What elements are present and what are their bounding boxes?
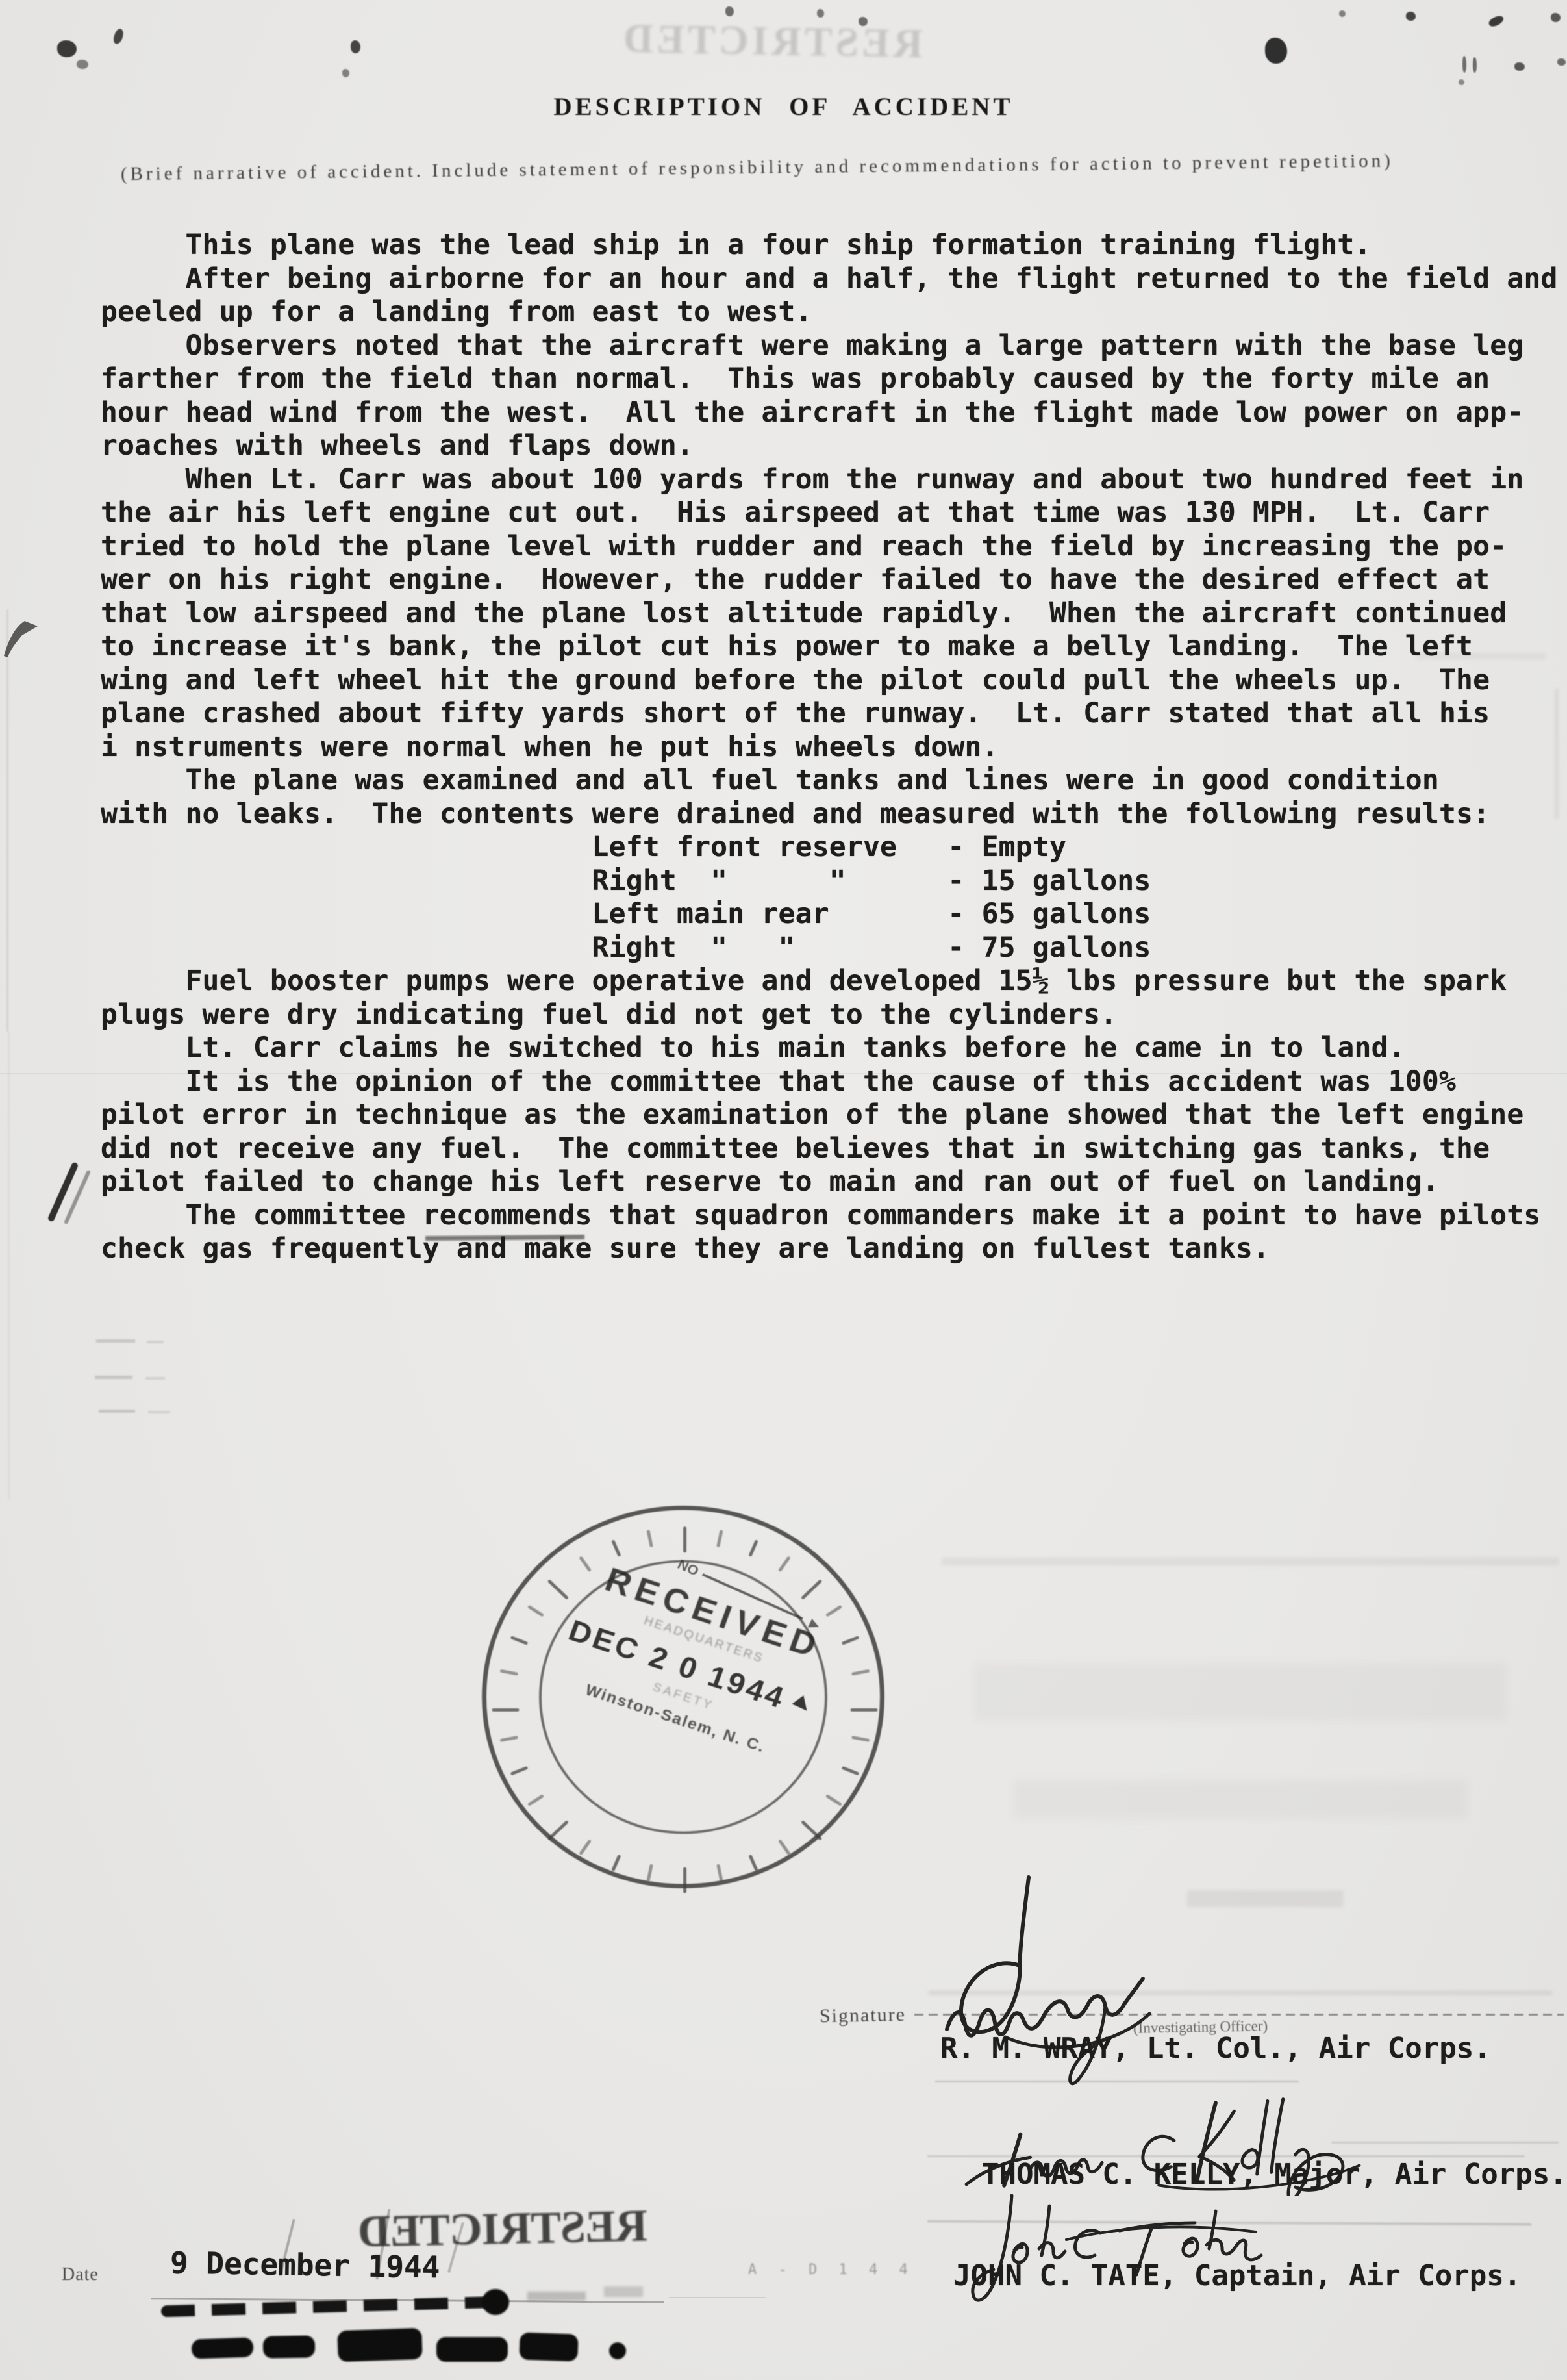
signature-label: Signature (820, 2004, 907, 2027)
form-instruction-line: (Brief narrative of accident. Include st… (121, 150, 1394, 185)
wray-handwritten-signature (908, 1869, 1207, 2103)
faint-rule-3 (927, 2155, 1525, 2157)
mirrored-restricted-header: RESTRICTED (620, 14, 923, 68)
margin-check-mark (47, 1161, 79, 1222)
date-underline-faint (669, 2297, 766, 2298)
scanned-accident-report-page: RESTRICTED DESCRIPTION OF ACCIDENT (Brie… (0, 0, 1567, 2380)
faint-rule-1 (935, 2081, 1299, 2082)
fold-line-left-lower (8, 1032, 10, 1499)
tate-typed-name: JOHN C. TATE, Captain, Air Corps. (953, 2259, 1521, 2292)
margin-flag-mark (0, 616, 45, 661)
narrative-body-text: This plane was the lead ship in a four s… (101, 229, 1558, 1266)
horizontal-crease (0, 1073, 1567, 1074)
page-title: DESCRIPTION OF ACCIDENT (554, 92, 1014, 121)
mirrored-restricted-footer: RESTRICTED (358, 2200, 648, 2258)
stamp-no-label: NO (675, 1556, 701, 1580)
faint-print-code: A - D 1 4 4 (748, 2262, 914, 2278)
stamp-date-arrow-icon: ► (784, 1688, 823, 1724)
received-stamp: NO ► RECEIVED HEADQUARTERS DEC 2 0 1944 … (482, 1506, 884, 1888)
fold-line-left (6, 609, 8, 1032)
wray-typed-name: R. M. WRAY, Lt. Col., Air Corps. (940, 2032, 1491, 2065)
date-label: Date (62, 2264, 99, 2285)
